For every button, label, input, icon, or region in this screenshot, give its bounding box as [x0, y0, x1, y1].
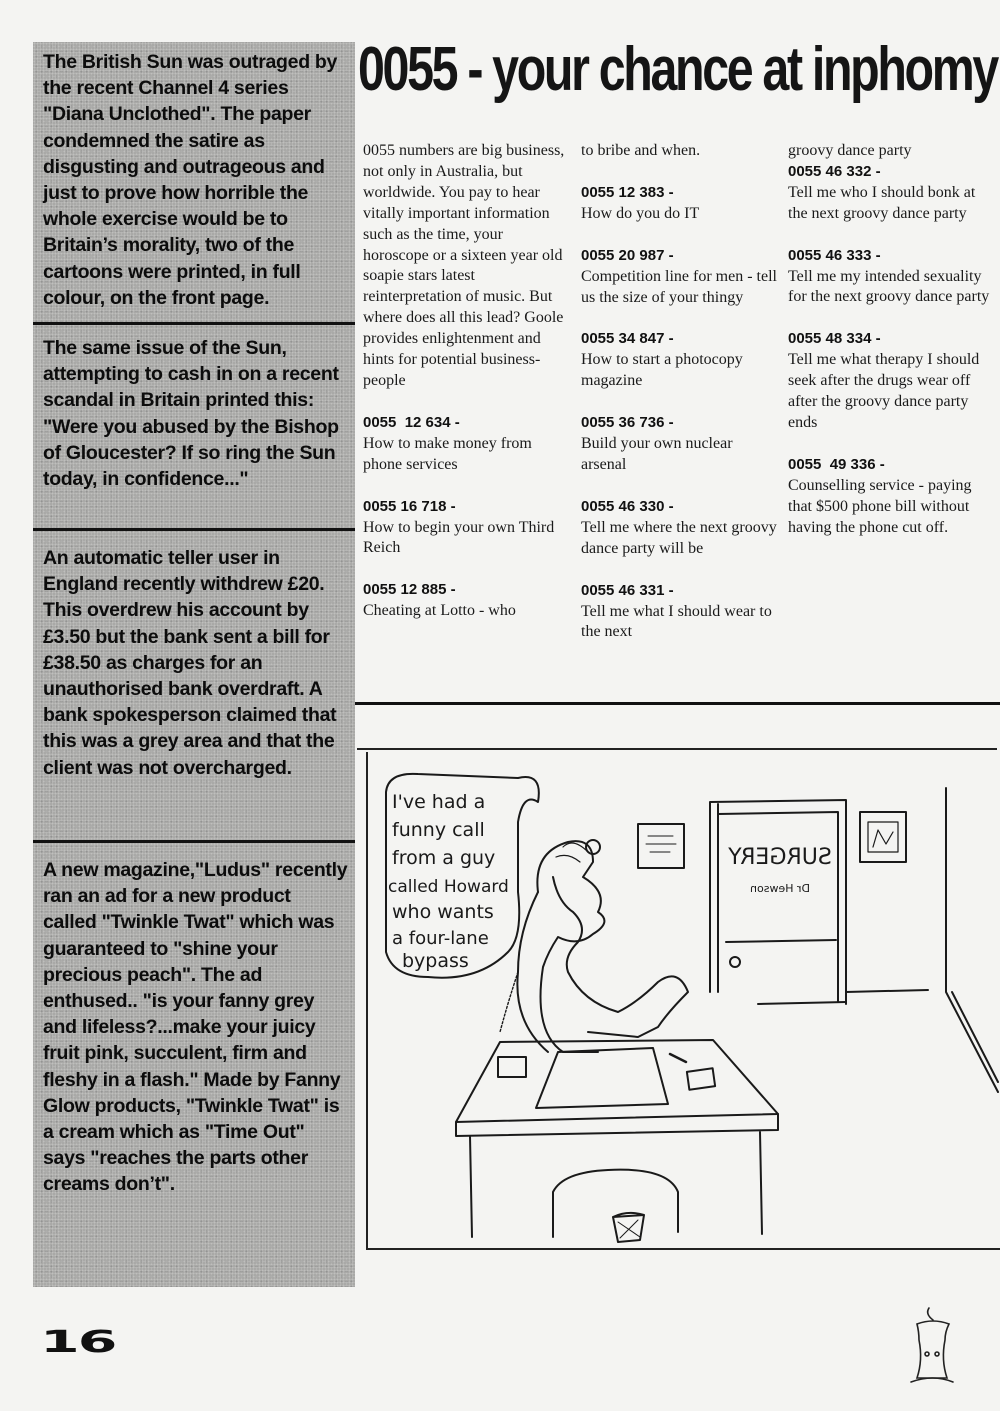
divider [33, 840, 355, 843]
phone-number: 0055 46 331 - [581, 581, 781, 602]
divider [33, 528, 355, 531]
news-briefs-sidebar: The British Sun was outraged by the rece… [33, 42, 355, 1287]
speech-line: a four-lane [392, 928, 489, 949]
phone-number: 0055 16 718 - [363, 497, 568, 518]
phone-entry: 0055 34 847 - How to start a photocopy m… [581, 329, 781, 392]
phone-number: 0055 36 736 - [581, 413, 781, 434]
brief-ludus-magazine: A new magazine,"Ludus" recently ran an a… [43, 857, 348, 1198]
phone-entry: 0055 46 331 - Tell me what I should wear… [581, 581, 781, 644]
phone-entry: 0055 46 332 - Tell me who I should bonk … [788, 162, 993, 225]
phone-entry: 0055 16 718 - How to begin your own Thir… [363, 497, 568, 560]
continued-text: to bribe and when. [581, 141, 781, 162]
phone-description: How to begin your own Third Reich [363, 518, 568, 560]
phone-entry: 0055 36 736 - Build your own nuclear ars… [581, 413, 781, 476]
phone-description: Counselling service - paying that $500 p… [788, 476, 993, 539]
phone-description: Tell me my intended sexuality for the ne… [788, 267, 993, 309]
notebook [687, 1068, 715, 1089]
phone-description: Tell me who I should bonk at the next gr… [788, 183, 993, 225]
apple-core-icon [905, 1300, 960, 1395]
phone-description: How do you do IT [581, 204, 781, 225]
telephone-base [498, 1057, 526, 1077]
phone-entry: 0055 12 885 - Cheating at Lotto - who [363, 580, 568, 622]
article-column-1: 0055 numbers are big business, not only … [363, 141, 568, 622]
phone-entry: 0055 49 336 - Counselling service - payi… [788, 455, 993, 539]
phone-description: Tell me where the next groovy dance part… [581, 518, 781, 560]
speech-line: funny call [392, 819, 485, 841]
phone-entry: 0055 46 330 - Tell me where the next gro… [581, 497, 781, 560]
phone-description: How to make money from phone services [363, 434, 568, 476]
speech-bubble: I've had a funny call from a guy called … [386, 774, 539, 978]
surgery-door: SURGERY Dr Hewson [710, 788, 998, 1092]
continued-text: groovy dance party [788, 141, 993, 162]
page-number: 16 [40, 1325, 116, 1360]
phone-entry: 0055 12 383 - How do you do IT [581, 183, 781, 225]
door-sign: SURGERY [728, 845, 832, 870]
article-headline: 0055 - your chance at inphomy [358, 30, 842, 110]
brief-bank-overdraft: An automatic teller user in England rece… [43, 545, 348, 781]
phone-number: 0055 48 334 - [788, 329, 993, 350]
article-column-3: groovy dance party 0055 46 332 - Tell me… [788, 141, 993, 539]
speech-line: bypass [402, 950, 469, 972]
speech-line: from a guy [392, 847, 495, 869]
phone-number: 0055 12 383 - [581, 183, 781, 204]
desk [456, 1040, 778, 1242]
phone-number: 0055 49 336 - [788, 455, 993, 476]
phone-entry: 0055 20 987 - Competition line for men -… [581, 246, 781, 309]
divider [357, 748, 997, 750]
speech-line: called Howard [388, 877, 509, 897]
wastebasket-icon [613, 1213, 644, 1242]
phone-description: Tell me what therapy I should seek after… [788, 350, 993, 434]
doctor-figure [500, 840, 688, 1052]
cartoon-illustration: I've had a funny call from a guy called … [366, 752, 1000, 1250]
brief-diana-unclothed: The British Sun was outraged by the rece… [43, 49, 348, 311]
divider [355, 702, 1000, 705]
door-nameplate: Dr Hewson [750, 882, 810, 895]
phone-description: Competition line for men - tell us the s… [581, 267, 781, 309]
phone-description: Cheating at Lotto - who [363, 601, 568, 622]
phone-number: 0055 46 332 - [788, 162, 993, 183]
phone-entry: 0055 46 333 - Tell me my intended sexual… [788, 246, 993, 309]
phone-number: 0055 12 634 - [363, 413, 568, 434]
phone-entry: 0055 48 334 - Tell me what therapy I sho… [788, 329, 993, 434]
phone-entry: 0055 12 634 - How to make money from pho… [363, 413, 568, 476]
phone-number: 0055 34 847 - [581, 329, 781, 350]
phone-description: Build your own nuclear arsenal [581, 434, 781, 476]
phone-number: 0055 46 330 - [581, 497, 781, 518]
phone-number: 0055 12 885 - [363, 580, 568, 601]
wall-certificate [638, 824, 684, 868]
divider [33, 322, 355, 325]
speech-line: who wants [392, 901, 494, 923]
phone-description: How to start a photocopy magazine [581, 350, 781, 392]
wall-picture [860, 812, 906, 862]
phone-description: Tell me what I should wear to the next [581, 602, 781, 644]
speech-line: I've had a [392, 791, 485, 813]
article-intro: 0055 numbers are big business, not only … [363, 141, 568, 392]
magazine-page: The British Sun was outraged by the rece… [0, 0, 1000, 1411]
phone-number: 0055 20 987 - [581, 246, 781, 267]
article-column-2: to bribe and when. 0055 12 383 - How do … [581, 141, 781, 643]
phone-number: 0055 46 333 - [788, 246, 993, 267]
brief-bishop-of-gloucester: The same issue of the Sun, attempting to… [43, 335, 348, 492]
